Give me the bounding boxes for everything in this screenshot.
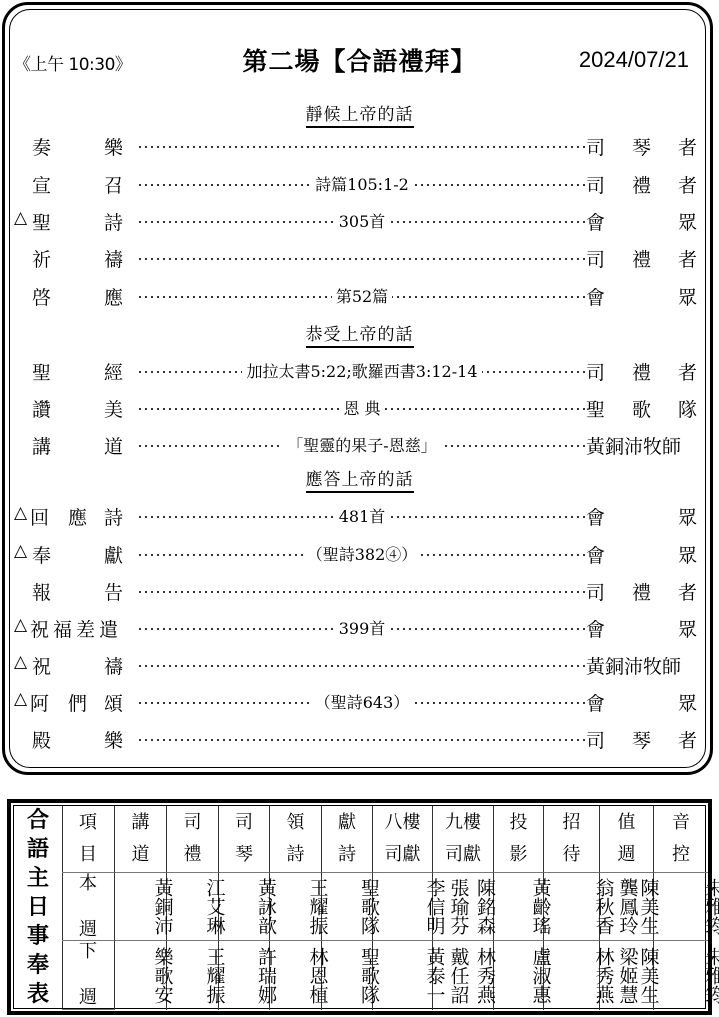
duty-column-header-text: 領 — [287, 807, 305, 839]
duty-column-header-text: 詩 — [338, 839, 356, 871]
program-role-text: 黃銅沛牧師 — [586, 432, 681, 459]
duty-assignment-cell: 張瑜芬李信明 — [373, 873, 433, 941]
triangle-standing-icon: △ — [14, 541, 27, 561]
duty-column-header-text: 詩 — [287, 839, 305, 871]
program-item-label: 奏樂 — [14, 133, 134, 163]
program-item-detail: 305首 — [137, 209, 587, 232]
program-label-char: 獻 — [104, 541, 123, 568]
triangle-standing-icon: △ — [14, 652, 27, 672]
program-item-role: 司禮者 — [586, 578, 699, 608]
program-row: △祝禱黃銅沛牧師 — [14, 652, 699, 682]
program-item-detail: 第52篇 — [137, 284, 587, 307]
program-item-role: 會眾 — [586, 541, 699, 571]
program-item-label: 宣召 — [14, 171, 134, 201]
duty-column-header-text: 項 — [79, 807, 97, 839]
program-role-text: 者 — [678, 171, 697, 198]
program-role-text: 會 — [586, 503, 605, 530]
program-item-detail-text: 481首 — [335, 507, 390, 526]
duty-person-name: 朱雅筠 — [702, 878, 719, 935]
program-item-role: 聖歌隊 — [586, 395, 699, 425]
duty-roster-title-char: 主 — [27, 864, 49, 893]
duty-column-header-text: 獻 — [338, 807, 356, 839]
program-item-role: 會眾 — [586, 208, 699, 238]
program-role-text: 琴 — [632, 133, 651, 160]
duty-column-header: 投影 — [494, 806, 544, 873]
program-label-char: 讚 — [32, 395, 51, 422]
program-row: 啓應第52篇會眾 — [14, 283, 699, 313]
program-item-detail-text: 恩 典 — [339, 399, 384, 418]
program-item-label: △阿們頌 — [14, 689, 134, 719]
duty-assignment-cell: 朱雅婷朱雅筠 — [654, 941, 708, 1010]
duty-row-label-text: 下 — [79, 929, 97, 975]
program-row: 殿樂司琴者 — [14, 726, 699, 756]
duty-column-header-text: 八樓 — [385, 807, 421, 839]
program-label-char: 樂 — [104, 726, 123, 753]
program-item-label: 讚美 — [14, 395, 134, 425]
program-label-char: 阿 — [30, 689, 49, 716]
program-item-detail: 481首 — [137, 504, 587, 527]
program-role-text: 者 — [678, 726, 697, 753]
program-role-text: 會 — [586, 689, 605, 716]
program-label-char: 聖 — [32, 208, 51, 235]
program-item-role: 司禮者 — [586, 171, 699, 201]
program-role-text: 者 — [678, 133, 697, 160]
program-row: △回應詩481首會眾 — [14, 503, 699, 533]
program-item-role: 司琴者 — [586, 133, 699, 163]
program-label-char: 啓 — [32, 283, 51, 310]
duty-assignment-cell: 戴任詔黃泰一 — [373, 941, 433, 1010]
program-label-char: 禱 — [104, 652, 123, 679]
program-role-text: 會 — [586, 615, 605, 642]
program-item-label: △回應詩 — [14, 503, 134, 533]
program-row: 宣召詩篇105:1-2司禮者 — [14, 171, 699, 201]
program-item-label: 祈禱 — [14, 245, 134, 275]
program-item-detail-text: 399首 — [335, 619, 390, 638]
program-row: △聖詩305首會眾 — [14, 208, 699, 238]
program-role-text: 者 — [678, 358, 697, 385]
program-item-label: △聖詩 — [14, 208, 134, 238]
program-label-char: 道 — [104, 432, 123, 459]
program-item-detail-text: 第52篇 — [332, 287, 392, 306]
service-date: 2024/07/21 — [579, 47, 689, 73]
program-row: 祈禱司禮者 — [14, 245, 699, 275]
program-label-char: 詩 — [104, 208, 123, 235]
triangle-standing-icon: △ — [14, 208, 27, 228]
program-item-label: △奉獻 — [14, 541, 134, 571]
program-item-detail-text: （聖詩643） — [311, 693, 414, 712]
duty-column-header-text: 司 — [184, 807, 202, 839]
program-row: △奉獻（聖詩382④）會眾 — [14, 541, 699, 571]
program-row: 聖經加拉太書5:22;歌羅西書3:12-14司禮者 — [14, 358, 699, 388]
program-item-detail: 「聖靈的果子-恩慈」 — [137, 433, 587, 456]
duty-column-header-text: 禮 — [184, 839, 202, 871]
program-label-char: 祈 — [32, 245, 51, 272]
program-row: 讚美恩 典聖歌隊 — [14, 395, 699, 425]
program-role-text: 會 — [586, 283, 605, 310]
program-item-label: 講道 — [14, 432, 134, 462]
section-heading-text: 靜候上帝的話 — [306, 105, 414, 128]
duty-column-header: 司琴 — [219, 806, 270, 873]
duty-column-header-text: 音 — [672, 807, 690, 839]
program-item-detail: （聖詩643） — [137, 690, 587, 713]
duty-column-header-text: 琴 — [235, 839, 253, 871]
duty-roster-inner: 合語主日事奉表項目講道司禮司琴領詩獻詩八樓司獻九樓司獻投影招待值週音控本週黃銅沛… — [13, 805, 706, 1009]
duty-person-name: 朱雅筠 — [702, 947, 719, 1004]
program-item-label: △祝禱 — [14, 652, 134, 682]
program-item-detail-text: 「聖靈的果子-恩慈」 — [283, 436, 440, 455]
duty-column-header-text: 司獻 — [445, 839, 481, 871]
program-role-text: 司 — [586, 171, 605, 198]
section-heading-text: 恭受上帝的話 — [306, 325, 414, 348]
program-item-role: 會眾 — [586, 689, 699, 719]
duty-column-header-text: 司獻 — [385, 839, 421, 871]
duty-roster-title-char: 語 — [27, 835, 49, 864]
duty-column-header-text: 控 — [672, 839, 690, 871]
program-row: △阿們頌（聖詩643）會眾 — [14, 689, 699, 719]
duty-column-header-text: 週 — [618, 839, 636, 871]
program-role-text: 司 — [586, 133, 605, 160]
program-role-text: 者 — [678, 578, 697, 605]
program-label-char: 奉 — [32, 541, 51, 568]
program-item-detail: （聖詩382④） — [137, 542, 587, 565]
section-heading: 恭受上帝的話 — [0, 320, 719, 345]
program-label-char: 頌 — [104, 689, 123, 716]
duty-column-header: 值週 — [600, 806, 654, 873]
program-role-text: 眾 — [678, 689, 697, 716]
program-item-role: 黃銅沛牧師 — [586, 432, 699, 462]
program-item-detail: 詩篇105:1-2 — [137, 172, 587, 195]
program-role-text: 禮 — [632, 171, 651, 198]
program-role-text: 眾 — [678, 208, 697, 235]
program-item-role: 司琴者 — [586, 726, 699, 756]
duty-roster-title-char: 事 — [27, 922, 49, 951]
section-heading: 應答上帝的話 — [0, 465, 719, 490]
program-item-label: 殿樂 — [14, 726, 134, 756]
program-label-char: 報 — [32, 578, 51, 605]
duty-roster-title-char: 合 — [27, 806, 49, 835]
program-role-text: 會 — [586, 541, 605, 568]
duty-column-header: 八樓司獻 — [373, 806, 433, 873]
program-role-text: 禮 — [632, 245, 651, 272]
dotted-leader — [137, 258, 587, 260]
duty-names: 朱雅婷朱雅筠 — [614, 878, 719, 935]
program-label-char: 召 — [104, 171, 123, 198]
duty-column-header-text: 值 — [618, 807, 636, 839]
program-label-char: 聖 — [32, 358, 51, 385]
program-role-text: 歌 — [632, 395, 651, 422]
duty-column-header-text: 待 — [563, 839, 581, 871]
program-role-text: 琴 — [632, 726, 651, 753]
duty-column-header-text: 投 — [510, 807, 528, 839]
program-row: 奏樂司琴者 — [14, 133, 699, 163]
program-role-text: 會 — [586, 208, 605, 235]
program-item-label: 啓應 — [14, 283, 134, 313]
program-item-detail-text: 詩篇105:1-2 — [311, 175, 413, 194]
program-item-detail: 399首 — [137, 616, 587, 639]
program-role-text: 眾 — [678, 615, 697, 642]
program-role-text: 司 — [586, 245, 605, 272]
duty-column-header-text: 影 — [510, 839, 528, 871]
program-role-text: 者 — [678, 245, 697, 272]
program-item-label: 聖經 — [14, 358, 134, 388]
program-item-detail-text: （聖詩382④） — [303, 545, 422, 564]
program-role-text: 司 — [586, 578, 605, 605]
program-item-role: 黃銅沛牧師 — [586, 652, 699, 682]
program-role-text: 禮 — [632, 358, 651, 385]
program-row: 講道「聖靈的果子-恩慈」黃銅沛牧師 — [14, 432, 699, 462]
program-label-char: 應 — [68, 503, 87, 530]
triangle-standing-icon: △ — [14, 503, 27, 523]
program-label-char: 經 — [104, 358, 123, 385]
program-role-text: 隊 — [678, 395, 697, 422]
program-item-label: 報告 — [14, 578, 134, 608]
duty-assignment-cell: 朱雅婷朱雅筠 — [654, 873, 708, 941]
section-heading-text: 應答上帝的話 — [306, 470, 414, 493]
duty-column-header: 領詩 — [270, 806, 322, 873]
duty-roster-title-char: 奉 — [27, 951, 49, 980]
program-role-text: 黃銅沛牧師 — [586, 652, 681, 679]
program-label-char: 美 — [104, 395, 123, 422]
program-label-char: 殿 — [32, 726, 51, 753]
program-role-text: 眾 — [678, 283, 697, 310]
duty-roster-title-char: 日 — [27, 893, 49, 922]
duty-column-header: 九樓司獻 — [433, 806, 494, 873]
program-role-text: 司 — [586, 726, 605, 753]
program-role-text: 眾 — [678, 503, 697, 530]
triangle-standing-icon: △ — [14, 615, 27, 635]
program-item-detail-text: 加拉太書5:22;歌羅西書3:12-14 — [242, 362, 481, 381]
program-role-text: 聖 — [586, 395, 605, 422]
program-label-char: 講 — [32, 432, 51, 459]
dotted-leader — [137, 739, 587, 741]
program-label-char: 告 — [104, 578, 123, 605]
duty-names: 朱雅婷朱雅筠 — [614, 947, 719, 1004]
dotted-leader — [137, 591, 587, 593]
program-row: 報告司禮者 — [14, 578, 699, 608]
program-label-char: 詩 — [104, 503, 123, 530]
dotted-leader — [137, 146, 587, 148]
program-label-char: 禱 — [104, 245, 123, 272]
program-item-role: 會眾 — [586, 283, 699, 313]
program-item-detail-text: 305首 — [335, 212, 390, 231]
duty-row-label-text: 週 — [79, 975, 97, 1017]
duty-column-header: 司禮 — [167, 806, 219, 873]
program-item-role: 會眾 — [586, 503, 699, 533]
duty-column-header-text: 九樓 — [445, 807, 481, 839]
duty-assignment-cell: 龔鳳玲翁秋香 — [544, 873, 600, 941]
program-label-char: 宣 — [32, 171, 51, 198]
duty-roster-title-char: 表 — [27, 980, 49, 1009]
program-label-char: 樂 — [104, 133, 123, 160]
program-label-char: 祝 — [32, 652, 51, 679]
duty-column-header: 招待 — [544, 806, 600, 873]
program-item-role: 會眾 — [586, 615, 699, 645]
duty-assignment-cell: 梁姬慧林秀燕 — [544, 941, 600, 1010]
program-label-char: 奏 — [32, 133, 51, 160]
program-role-text: 司 — [586, 358, 605, 385]
triangle-standing-icon: △ — [14, 689, 27, 709]
program-role-text: 禮 — [632, 578, 651, 605]
program-row: △祝福差遣399首會眾 — [14, 615, 699, 645]
program-item-role: 司禮者 — [586, 358, 699, 388]
program-label-char: 應 — [104, 283, 123, 310]
program-item-detail: 加拉太書5:22;歌羅西書3:12-14 — [137, 359, 587, 382]
program-role-text: 眾 — [678, 541, 697, 568]
duty-column-header-text: 道 — [132, 839, 150, 871]
duty-row-label-text: 本 — [79, 861, 97, 907]
duty-column-header: 講道 — [115, 806, 167, 873]
duty-column-header-text: 講 — [132, 807, 150, 839]
section-heading: 靜候上帝的話 — [0, 100, 719, 125]
duty-column-header-text: 招 — [563, 807, 581, 839]
duty-column-header-text: 司 — [235, 807, 253, 839]
program-label-char: 祝福差遣 — [30, 615, 122, 642]
duty-roster-title: 合語主日事奉表 — [14, 806, 63, 1008]
duty-column-header: 音控 — [654, 806, 708, 873]
duty-roster-table: 合語主日事奉表項目講道司禮司琴領詩獻詩八樓司獻九樓司獻投影招待值週音控本週黃銅沛… — [7, 799, 712, 1015]
program-item-label: △祝福差遣 — [14, 615, 134, 645]
duty-column-header: 獻詩 — [322, 806, 373, 873]
program-item-detail: 恩 典 — [137, 396, 587, 419]
dotted-leader — [137, 665, 587, 667]
program-item-role: 司禮者 — [586, 245, 699, 275]
program-label-char: 回 — [30, 503, 49, 530]
program-label-char: 們 — [68, 689, 87, 716]
